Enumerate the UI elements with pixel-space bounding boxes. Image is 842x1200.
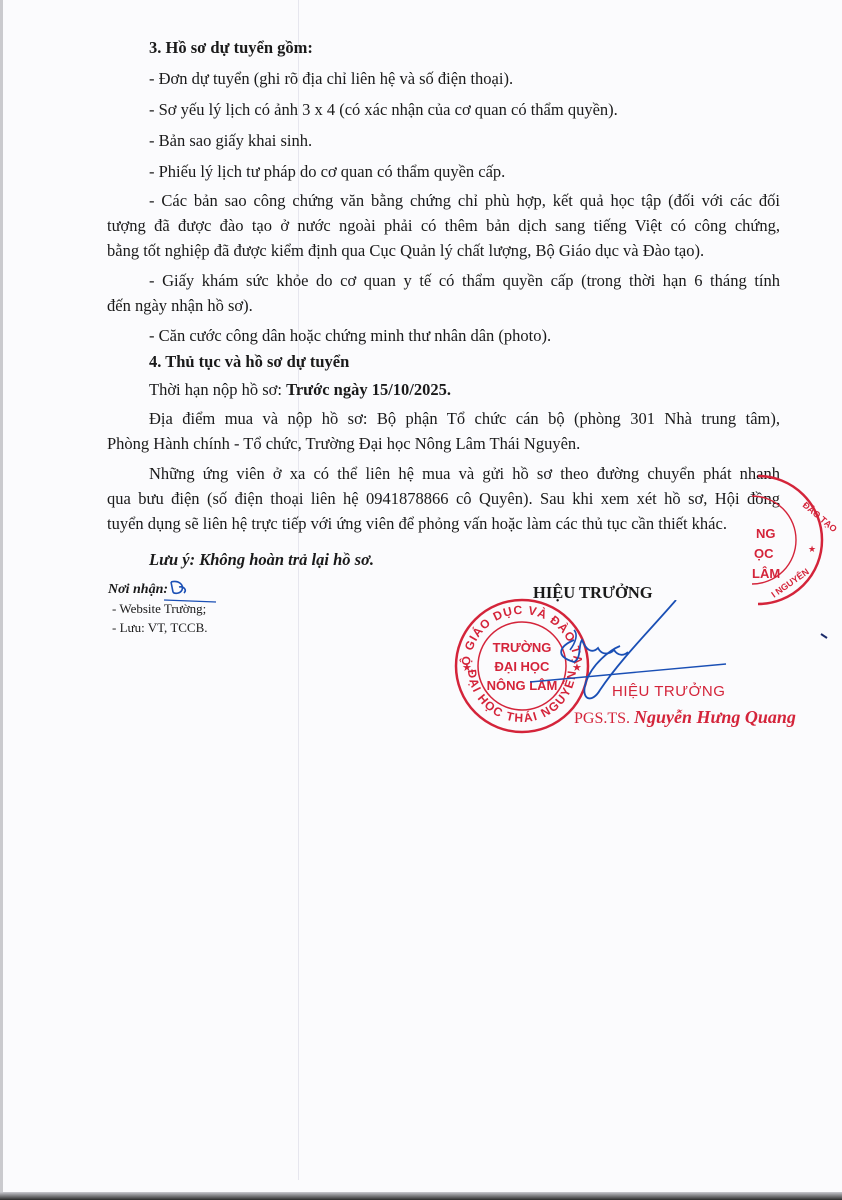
svg-text:★: ★ — [462, 661, 472, 674]
remote-line-1: Những ứng viên ở xa có thể liên hệ mua v… — [149, 463, 780, 485]
ink-speck — [820, 632, 830, 640]
svg-text:ĐÀO TẠO: ĐÀO TẠO — [801, 500, 839, 534]
partial-seal-icon: NG ỌC LÂM ĐÀO TẠO ★ I NGUYÊN — [752, 470, 842, 610]
certificates-line-1: - Các bản sao công chứng văn bằng chứng … — [149, 190, 780, 212]
certificates-line-2: tượng đã được đào tạo ở nước ngoài phải … — [107, 215, 780, 237]
signatory-name: Nguyễn Hưng Quang — [634, 707, 796, 727]
requirement-item: - Sơ yếu lý lịch có ảnh 3 x 4 (có xác nh… — [149, 99, 618, 121]
document-page: 3. Hồ sơ dự tuyển gồm: - Đơn dự tuyển (g… — [0, 0, 842, 1200]
scan-bottom-edge — [0, 1192, 842, 1200]
initials-mark-icon — [168, 578, 190, 598]
section-3-heading: 3. Hồ sơ dự tuyển gồm: — [149, 37, 313, 59]
location-line-1: Địa điểm mua và nộp hồ sơ: Bộ phận Tổ ch… — [149, 408, 780, 430]
section-4-heading: 4. Thủ tục và hồ sơ dự tuyển — [149, 351, 349, 373]
certificates-line-3: bằng tốt nghiệp đã được kiểm định qua Cụ… — [107, 240, 704, 262]
health-line-1: - Giấy khám sức khỏe do cơ quan y tế có … — [149, 270, 780, 292]
svg-text:ỌC: ỌC — [754, 546, 774, 561]
strike-mark — [160, 598, 220, 604]
svg-text:NG: NG — [756, 526, 776, 541]
health-line-2: đến ngày nhận hồ sơ). — [107, 295, 253, 317]
deadline-value: Trước ngày 15/10/2025. — [286, 380, 451, 399]
signatory-name-stamp: PGS.TS. Nguyễn Hưng Quang — [574, 707, 796, 728]
requirement-item: - Phiếu lý lịch tư pháp do cơ quan có th… — [149, 161, 505, 183]
deadline-line: Thời hạn nộp hồ sơ: Trước ngày 15/10/202… — [149, 379, 451, 401]
signature-role-stamp: HIỆU TRƯỞNG — [612, 683, 725, 700]
requirement-item: - Bản sao giấy khai sinh. — [149, 130, 312, 152]
requirement-item: - Đơn dự tuyển (ghi rõ địa chỉ liên hệ v… — [149, 68, 513, 90]
deadline-label: Thời hạn nộp hồ sơ: — [149, 380, 286, 399]
remote-line-2: qua bưu điện (số điện thoại liên hệ 0941… — [107, 488, 780, 510]
svg-text:★: ★ — [808, 545, 816, 555]
svg-text:LÂM: LÂM — [752, 566, 780, 581]
note: Lưu ý: Không hoàn trả lại hồ sơ. — [149, 549, 374, 571]
recipient-item: - Lưu: VT, TCCB. — [108, 618, 208, 637]
id-card-item: - Căn cước công dân hoặc chứng minh thư … — [149, 325, 551, 347]
recipients-block: Nơi nhận: - Website Trường; - Lưu: VT, T… — [108, 580, 208, 637]
scan-left-edge — [0, 0, 3, 1200]
remote-line-3: tuyển dụng sẽ liên hệ trực tiếp với ứng … — [107, 513, 727, 535]
location-line-2: Phòng Hành chính - Tổ chức, Trường Đại h… — [107, 433, 580, 455]
signatory-title: PGS.TS. — [574, 710, 630, 727]
recipients-title: Nơi nhận: — [108, 580, 208, 599]
